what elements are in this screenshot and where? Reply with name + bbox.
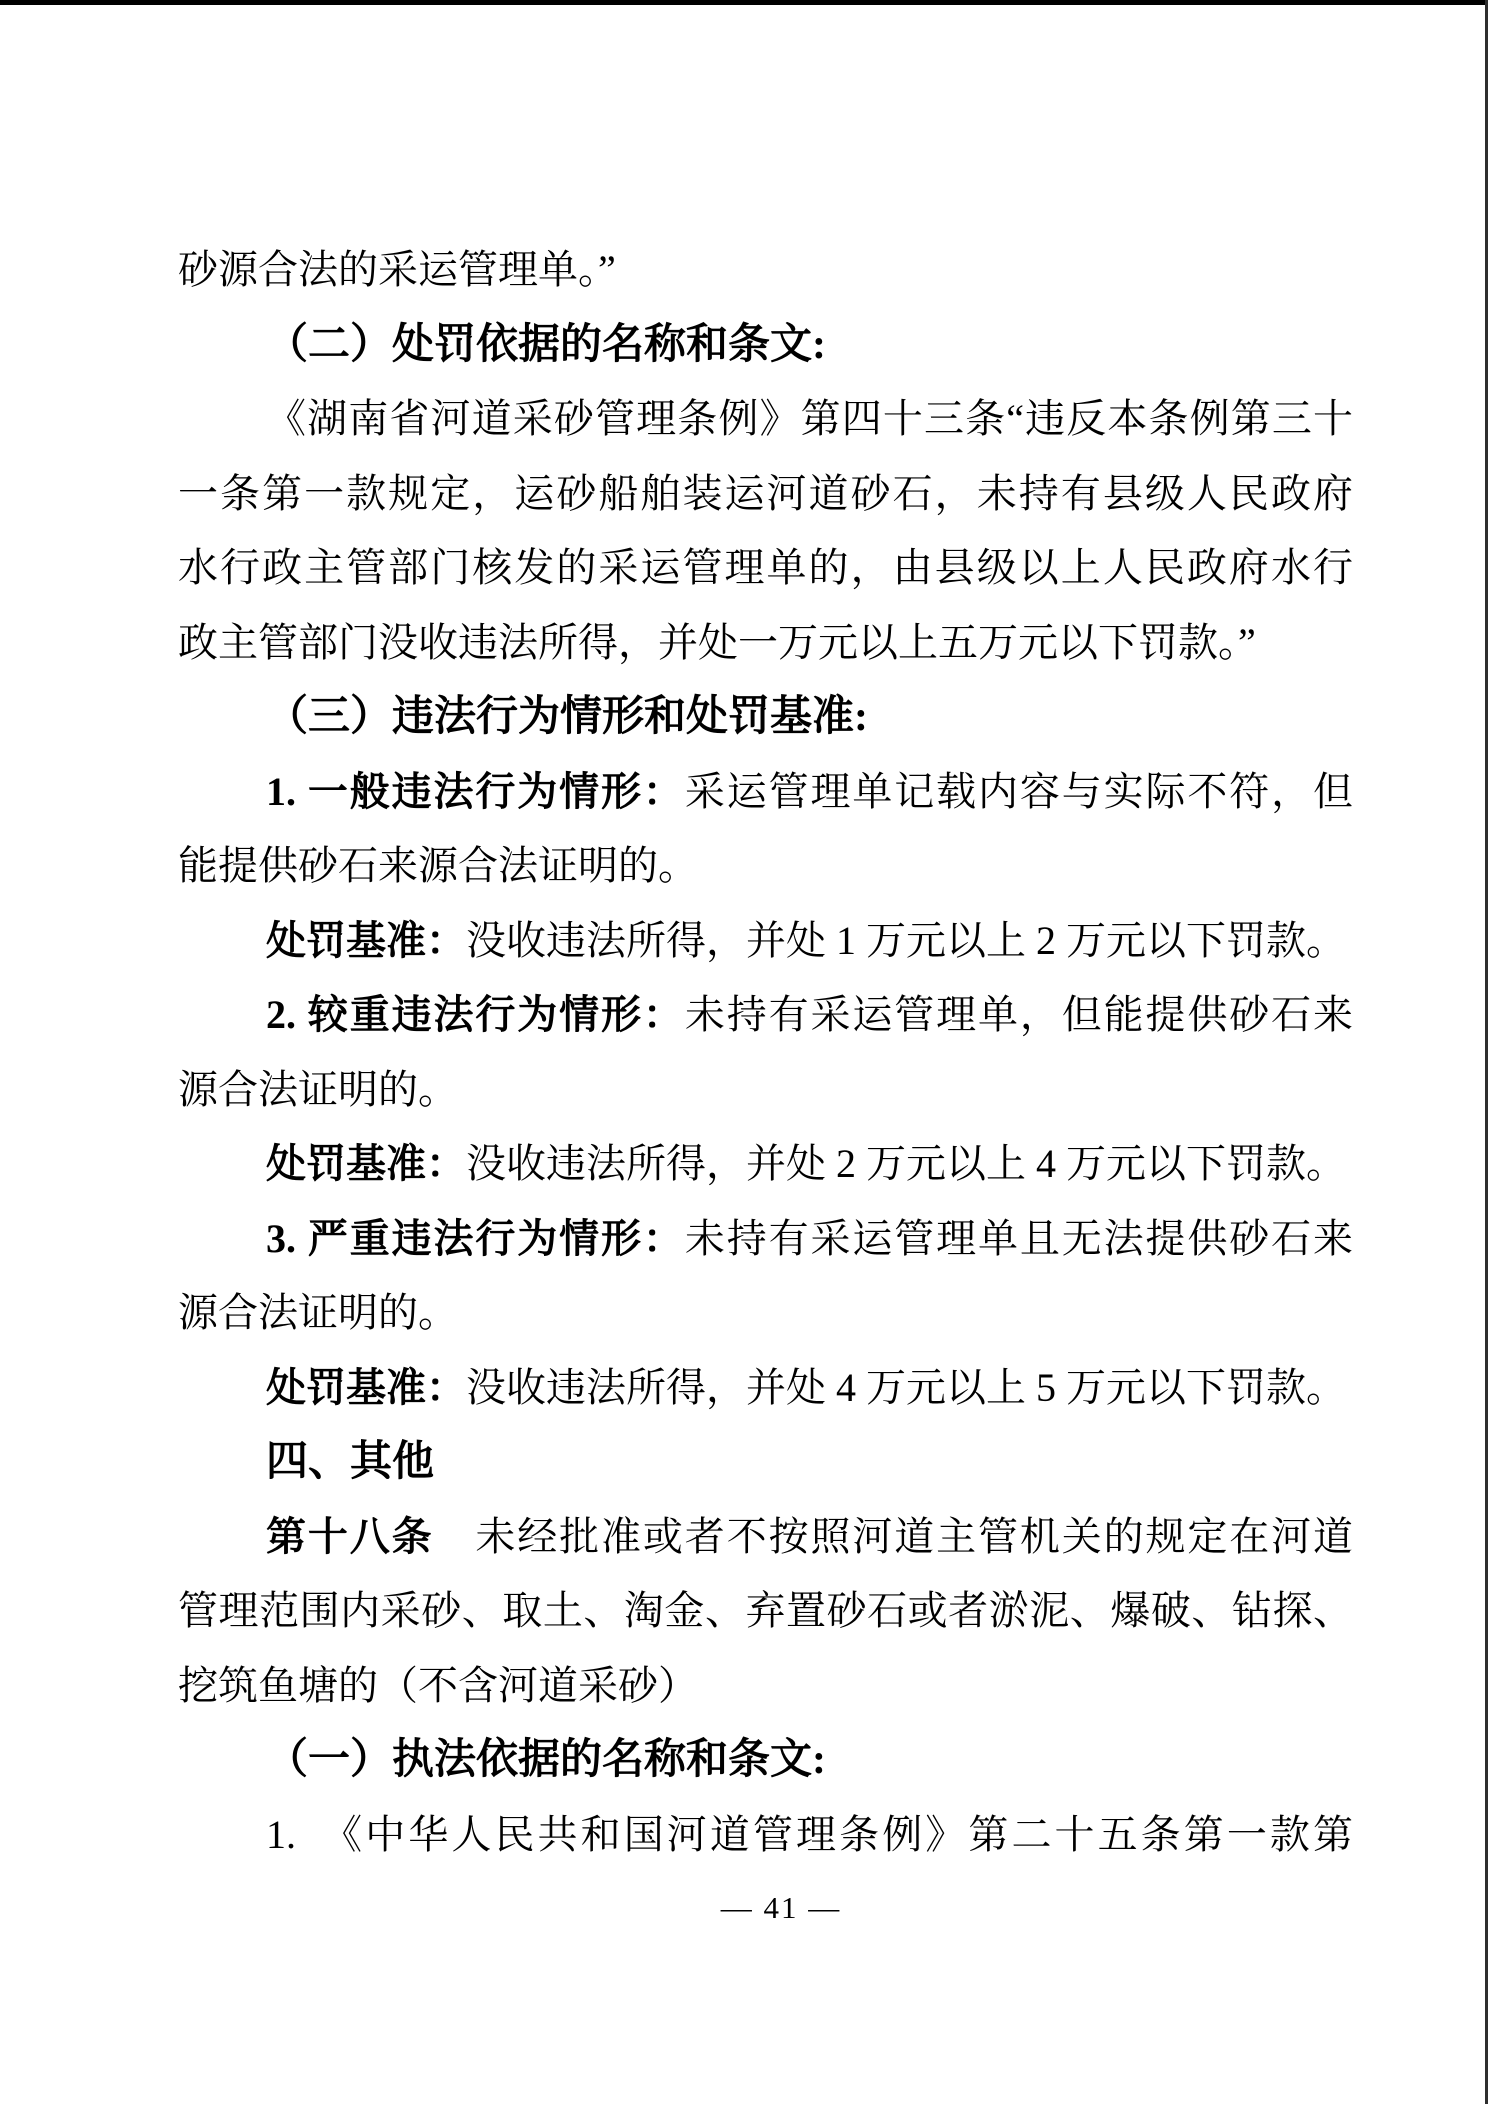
item-text: 未经批准或者不按照河道主管机关的规定在河道 bbox=[434, 1514, 1353, 1559]
document-line: 源合法证明的。 bbox=[178, 1276, 1353, 1351]
item-label: 处罚基准： bbox=[266, 1365, 466, 1410]
document-line: 处罚基准：没收违法所得，并处 1 万元以上 2 万元以下罚款。 bbox=[178, 904, 1353, 979]
document-body: 砂源合法的采运管理单。” （二）处罚依据的名称和条文: 《湖南省河道采砂管理条例… bbox=[178, 233, 1353, 1872]
item-text: 未持有采运管理单，但能提供砂石来 bbox=[685, 992, 1353, 1037]
document-line: 管理范围内采砂、取土、淘金、弃置砂石或者淤泥、爆破、钻探、 bbox=[178, 1574, 1353, 1649]
item-text: 未持有采运管理单且无法提供砂石来 bbox=[685, 1216, 1353, 1261]
section-heading: （一）执法依据的名称和条文: bbox=[178, 1723, 1353, 1798]
section-heading: 四、其他 bbox=[178, 1425, 1353, 1500]
scan-border-top bbox=[0, 0, 1488, 5]
document-line: 处罚基准：没收违法所得，并处 2 万元以上 4 万元以下罚款。 bbox=[178, 1127, 1353, 1202]
document-line: 能提供砂石来源合法证明的。 bbox=[178, 829, 1353, 904]
document-line: 3. 严重违法行为情形：未持有采运管理单且无法提供砂石来 bbox=[178, 1202, 1353, 1277]
document-line: 水行政主管部门核发的采运管理单的，由县级以上人民政府水行 bbox=[178, 531, 1353, 606]
section-heading: （二）处罚依据的名称和条文: bbox=[178, 308, 1353, 383]
page-number: — 41 — bbox=[37, 1886, 1488, 1930]
document-page: 砂源合法的采运管理单。” （二）处罚依据的名称和条文: 《湖南省河道采砂管理条例… bbox=[0, 0, 1488, 2104]
document-line: 处罚基准：没收违法所得，并处 4 万元以上 5 万元以下罚款。 bbox=[178, 1351, 1353, 1426]
document-line: 源合法证明的。 bbox=[178, 1053, 1353, 1128]
document-line: 1. 一般违法行为情形：采运管理单记载内容与实际不符，但 bbox=[178, 755, 1353, 830]
item-text: 没收违法所得，并处 2 万元以上 4 万元以下罚款。 bbox=[466, 1141, 1346, 1186]
document-line: 《湖南省河道采砂管理条例》第四十三条“违反本条例第三十 bbox=[178, 382, 1353, 457]
document-line: 2. 较重违法行为情形：未持有采运管理单，但能提供砂石来 bbox=[178, 978, 1353, 1053]
section-heading: （三）违法行为情形和处罚基准: bbox=[178, 680, 1353, 755]
item-label: 1. 一般违法行为情形： bbox=[266, 769, 685, 814]
article-label: 第十八条 bbox=[266, 1514, 434, 1559]
document-line: 挖筑鱼塘的（不含河道采砂） bbox=[178, 1649, 1353, 1724]
document-line: 第十八条 未经批准或者不按照河道主管机关的规定在河道 bbox=[178, 1500, 1353, 1575]
document-line: 砂源合法的采运管理单。” bbox=[178, 233, 1353, 308]
item-label: 处罚基准： bbox=[266, 918, 466, 963]
item-label: 2. 较重违法行为情形： bbox=[266, 992, 685, 1037]
document-line: 政主管部门没收违法所得，并处一万元以上五万元以下罚款。” bbox=[178, 606, 1353, 681]
item-text: 没收违法所得，并处 4 万元以上 5 万元以下罚款。 bbox=[466, 1365, 1346, 1410]
document-line: 1. 《中华人民共和国河道管理条例》第二十五条第一款第 bbox=[178, 1798, 1353, 1873]
document-line: 一条第一款规定，运砂船舶装运河道砂石，未持有县级人民政府 bbox=[178, 457, 1353, 532]
item-label: 处罚基准： bbox=[266, 1141, 466, 1186]
item-label: 3. 严重违法行为情形： bbox=[266, 1216, 685, 1261]
item-text: 采运管理单记载内容与实际不符，但 bbox=[685, 769, 1353, 814]
item-text: 没收违法所得，并处 1 万元以上 2 万元以下罚款。 bbox=[466, 918, 1346, 963]
